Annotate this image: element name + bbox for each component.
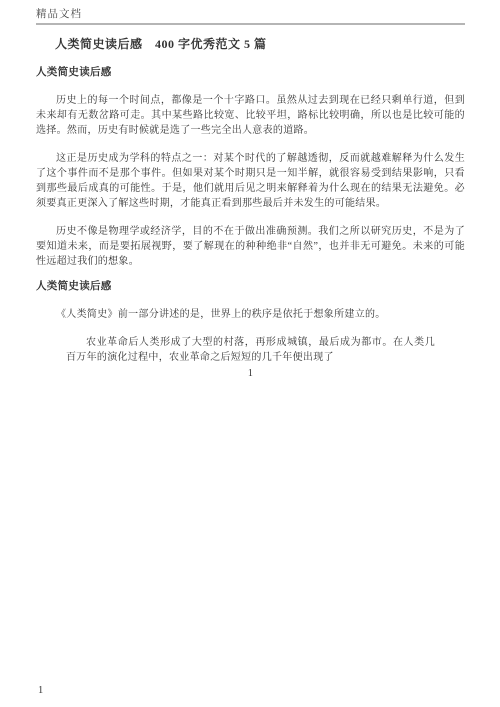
document-title: 人类简史读后感 400 字优秀范文 5 篇 [55, 37, 465, 52]
inline-page-number: 1 [36, 366, 465, 381]
paragraph-book-intro: 《人类简史》前一部分讲述的是，世界上的秩序是依托于想象所建立的。 [36, 307, 465, 322]
paragraph-history-crossroads: 历史上的每一个时间点，都像是一个十字路口。虽然从过去到现在已经只剩单行道，但到未… [36, 93, 465, 138]
paragraph-agricultural-revolution: 农业革命后人类形成了大型的村落，再形成城镇，最后成为都市。在人类几百万年的演化过… [66, 335, 435, 365]
header-label: 精品文档 [36, 9, 82, 20]
footer-page-number: 1 [38, 685, 43, 696]
section-heading-1: 人类简史读后感 [36, 65, 465, 80]
section-heading-2: 人类简史读后感 [36, 279, 465, 294]
paragraph-history-discipline: 这正是历史成为学科的特点之一：对某个时代的了解越透彻，反而就越难解释为什么发生了… [36, 151, 465, 211]
document-content: 人类简史读后感 400 字优秀范文 5 篇 人类简史读后感 历史上的每一个时间点… [36, 37, 465, 381]
page-header: 精品文档 [36, 6, 465, 25]
document-page: 精品文档 人类简史读后感 400 字优秀范文 5 篇 人类简史读后感 历史上的每… [0, 0, 500, 707]
paragraph-history-not-physics: 历史不像是物理学或经济学，目的不在于做出准确预测。我们之所以研究历史，不是为了要… [36, 224, 465, 269]
